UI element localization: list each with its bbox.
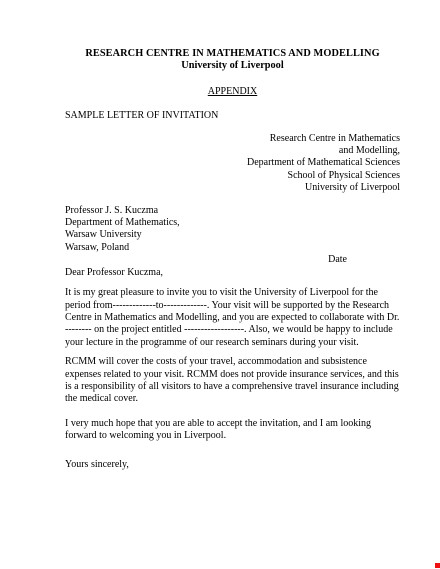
- red-corner-marker: [435, 563, 440, 568]
- salutation: Dear Professor Kuczma,: [65, 267, 400, 279]
- sender-address-line: School of Physical Sciences: [65, 170, 400, 182]
- recipient-address-line: Warsaw, Poland: [65, 242, 400, 254]
- sample-letter-label: SAMPLE LETTER OF INVITATION: [65, 110, 400, 122]
- sender-address-line: University of Liverpool: [65, 182, 400, 194]
- body-paragraph-3: I very much hope that you are able to ac…: [65, 418, 400, 443]
- body-paragraph-1: It is my great pleasure to invite you to…: [65, 287, 400, 349]
- letter-page: RESEARCH CENTRE IN MATHEMATICS AND MODEL…: [0, 0, 440, 569]
- sender-address-line: and Modelling,: [65, 145, 400, 157]
- recipient-address-line: Department of Mathematics,: [65, 217, 400, 229]
- sender-address-line: Department of Mathematical Sciences: [65, 157, 400, 169]
- letter-header-subtitle: University of Liverpool: [65, 60, 400, 72]
- sender-address-block: Research Centre in Mathematics and Model…: [65, 133, 400, 195]
- body-paragraph-2: RCMM will cover the costs of your travel…: [65, 356, 400, 406]
- recipient-address-line: Professor J. S. Kuczma: [65, 205, 400, 217]
- letter-header-title: RESEARCH CENTRE IN MATHEMATICS AND MODEL…: [65, 48, 400, 60]
- recipient-address-block: Professor J. S. Kuczma Department of Mat…: [65, 205, 400, 255]
- appendix-heading: APPENDIX: [65, 86, 400, 98]
- sender-address-line: Research Centre in Mathematics: [65, 133, 400, 145]
- closing-line: Yours sincerely,: [65, 459, 400, 471]
- date-label: Date: [65, 254, 400, 266]
- recipient-address-line: Warsaw University: [65, 229, 400, 241]
